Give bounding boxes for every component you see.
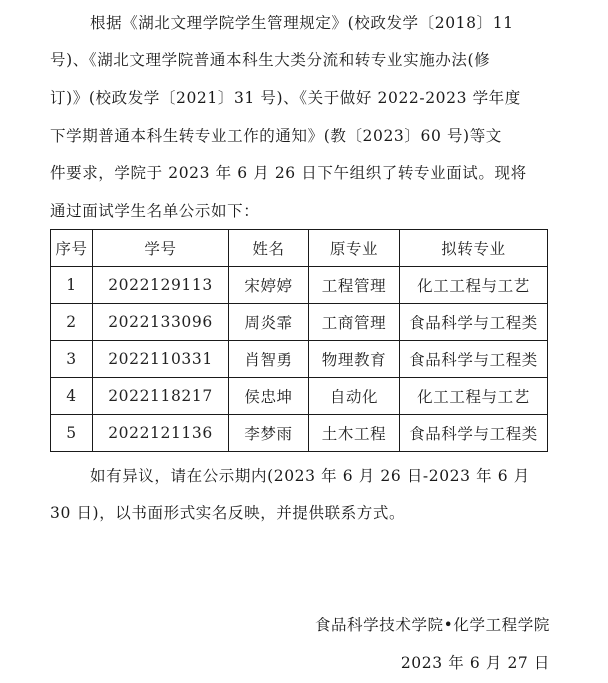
paragraph-1-line-2: 号)、《湖北文理学院普通本科生大类分流和转专业实施办法(修 [50,50,550,70]
paragraph-2-line-1: 如有异议，请在公示期内(2023 年 6 月 26 日-2023 年 6 月 [90,466,550,486]
cell-index: 3 [51,341,93,378]
cell-name: 肖智勇 [229,341,309,378]
signature-date: 2023 年 6 月 27 日 [401,653,550,673]
paragraph-1-line-6: 通过面试学生名单公示如下： [50,201,550,221]
cell-target-major: 化工工程与工艺 [400,378,548,415]
header-original-major: 原专业 [309,230,400,267]
cell-original-major: 工程管理 [309,267,400,304]
cell-index: 4 [51,378,93,415]
cell-index: 1 [51,267,93,304]
cell-original-major: 工商管理 [309,304,400,341]
cell-target-major: 食品科学与工程类 [400,304,548,341]
cell-name: 周炎霏 [229,304,309,341]
cell-name: 李梦雨 [229,415,309,452]
paragraph-1-line-5: 件要求，学院于 2023 年 6 月 26 日下午组织了转专业面试。现将 [50,163,550,183]
header-index: 序号 [51,230,93,267]
table-header-row: 序号 学号 姓名 原专业 拟转专业 [51,230,548,267]
paragraph-1-line-4: 下学期普通本科生转专业工作的通知》(教〔2023〕60 号)等文 [50,126,550,146]
cell-student-id: 2022118217 [93,378,229,415]
table-row: 3 2022110331 肖智勇 物理教育 食品科学与工程类 [51,341,548,378]
paragraph-2-line-2: 30 日)，以书面形式实名反映，并提供联系方式。 [50,503,550,523]
cell-original-major: 土木工程 [309,415,400,452]
cell-target-major: 食品科学与工程类 [400,341,548,378]
header-name: 姓名 [229,230,309,267]
cell-target-major: 化工工程与工艺 [400,267,548,304]
cell-student-id: 2022129113 [93,267,229,304]
cell-student-id: 2022133096 [93,304,229,341]
cell-target-major: 食品科学与工程类 [400,415,548,452]
table-row: 4 2022118217 侯忠坤 自动化 化工工程与工艺 [51,378,548,415]
transfer-students-table: 序号 学号 姓名 原专业 拟转专业 1 2022129113 宋婷婷 工程管理 … [50,229,548,452]
cell-student-id: 2022110331 [93,341,229,378]
signature-organization: 食品科学技术学院•化学工程学院 [315,615,550,635]
cell-name: 宋婷婷 [229,267,309,304]
header-student-id: 学号 [93,230,229,267]
table-row: 1 2022129113 宋婷婷 工程管理 化工工程与工艺 [51,267,548,304]
paragraph-1-line-1: 根据《湖北文理学院学生管理规定》(校政发学〔2018〕11 [90,13,550,33]
cell-original-major: 物理教育 [309,341,400,378]
cell-index: 2 [51,304,93,341]
cell-index: 5 [51,415,93,452]
cell-original-major: 自动化 [309,378,400,415]
paragraph-1-line-3: 订)》(校政发学〔2021〕31 号)、《关于做好 2022-2023 学年度 [50,88,550,108]
table-row: 5 2022121136 李梦雨 土木工程 食品科学与工程类 [51,415,548,452]
header-target-major: 拟转专业 [400,230,548,267]
cell-name: 侯忠坤 [229,378,309,415]
table-row: 2 2022133096 周炎霏 工商管理 食品科学与工程类 [51,304,548,341]
cell-student-id: 2022121136 [93,415,229,452]
